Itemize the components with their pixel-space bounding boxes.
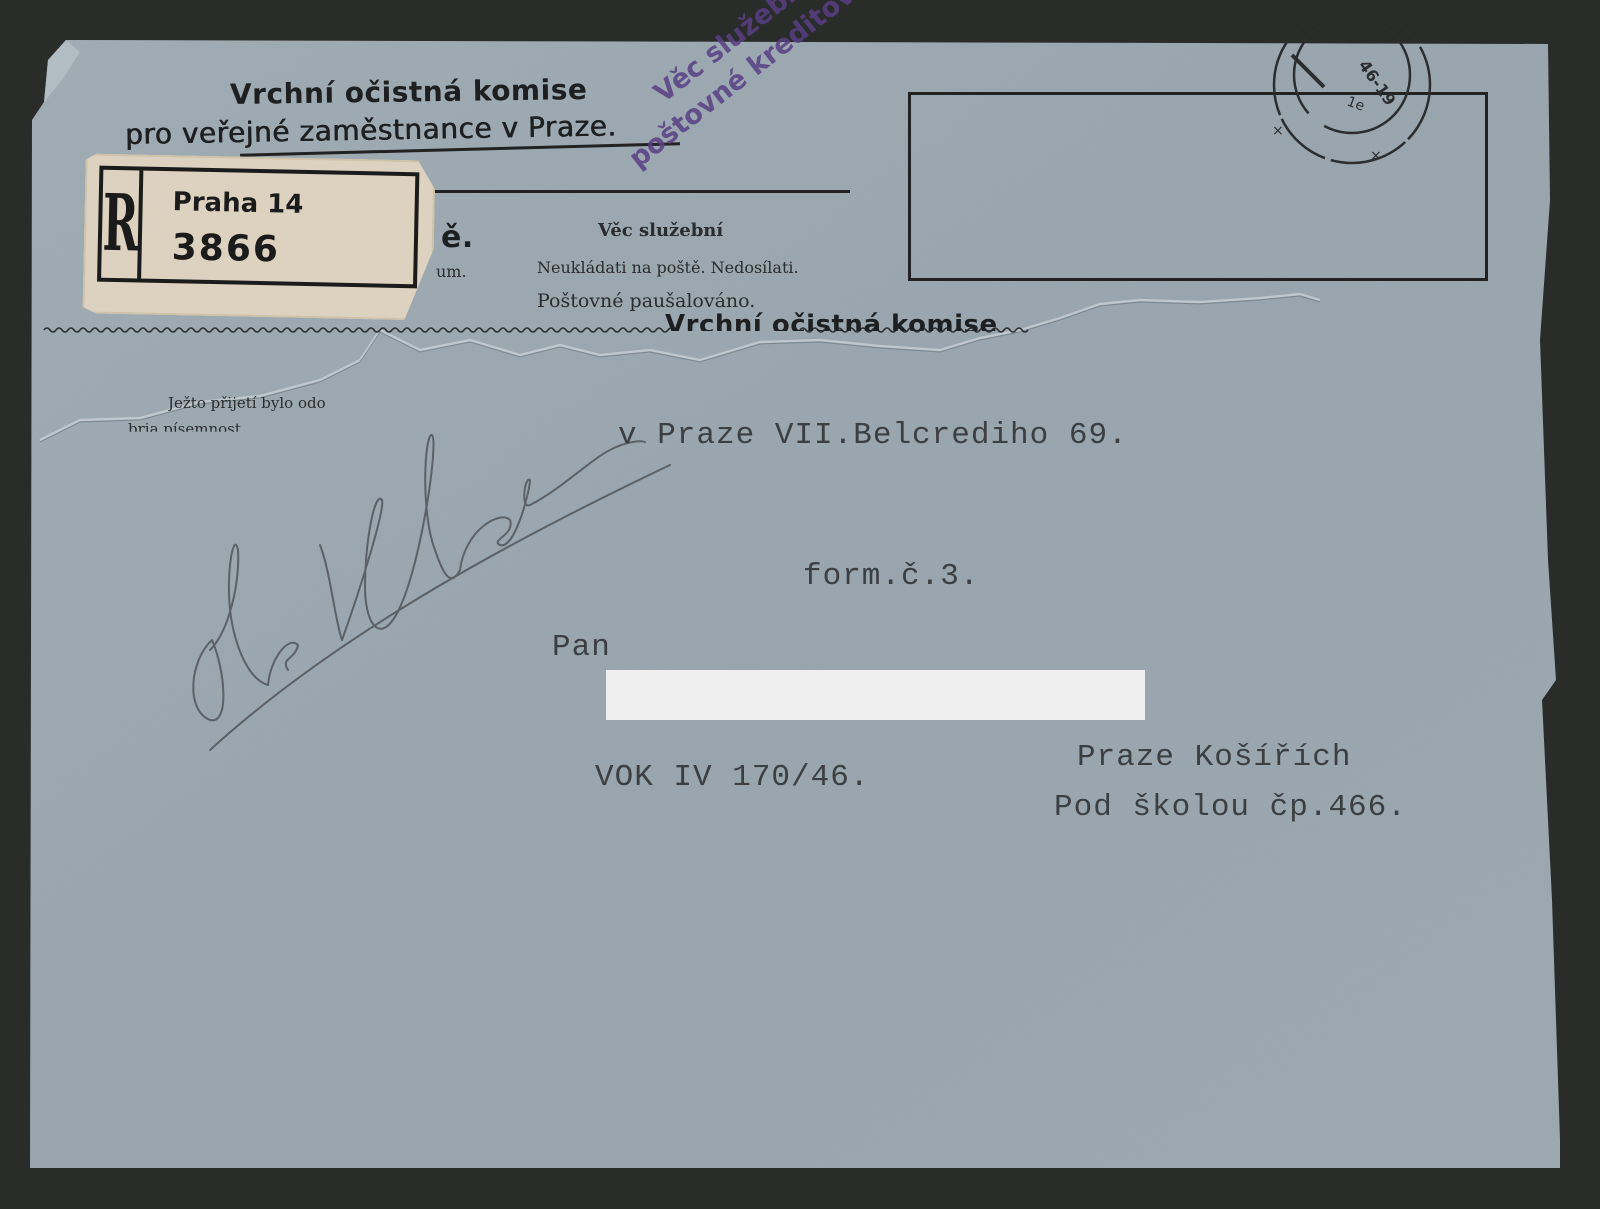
- postmark-stamp: 1e 46-19 × ×: [1262, 25, 1452, 165]
- scanned-envelope: Vrchní očistná komise pro veřejné zaměst…: [0, 0, 1600, 1209]
- fragment-um: um.: [436, 262, 467, 281]
- registration-label-frame: R Praha 14 3866: [97, 166, 419, 289]
- printed-title: Věc služební: [598, 220, 723, 241]
- reference-number: VOK IV 170/46.: [595, 760, 869, 795]
- registration-label: R Praha 14 3866: [82, 153, 435, 320]
- recipient-city: Praze Košířích: [1077, 740, 1351, 775]
- sender-header-line1: Vrchní očistná komise: [230, 73, 588, 111]
- sender-typed-address: v Praze VII.Belcrediho 69.: [618, 418, 1128, 453]
- torn-flap-line1: Ježto přijetí bylo odo: [168, 394, 364, 412]
- printed-instruction-1: Neukládati na poště. Nedosílati.: [537, 258, 799, 277]
- registration-number: 3866: [171, 227, 280, 270]
- recipient-name-redacted: [606, 670, 1145, 720]
- form-number: form.č.3.: [803, 559, 979, 594]
- salutation: Pan: [552, 630, 611, 665]
- fragment-e: ě.: [441, 220, 474, 255]
- registration-letter: R: [102, 185, 139, 264]
- postmark-icon: 1e 46-19 × ×: [1262, 25, 1452, 165]
- registration-post-office: Praha 14: [172, 187, 303, 220]
- recipient-street: Pod školou čp.466.: [1054, 790, 1407, 825]
- printed-instruction-2: Poštovné paušalováno.: [537, 290, 755, 312]
- svg-text:×: ×: [1272, 123, 1284, 139]
- registration-letter-box: R: [101, 170, 143, 279]
- header-divider: [430, 190, 850, 193]
- postmark-code: 1e: [1345, 94, 1367, 115]
- svg-text:×: ×: [1370, 148, 1382, 164]
